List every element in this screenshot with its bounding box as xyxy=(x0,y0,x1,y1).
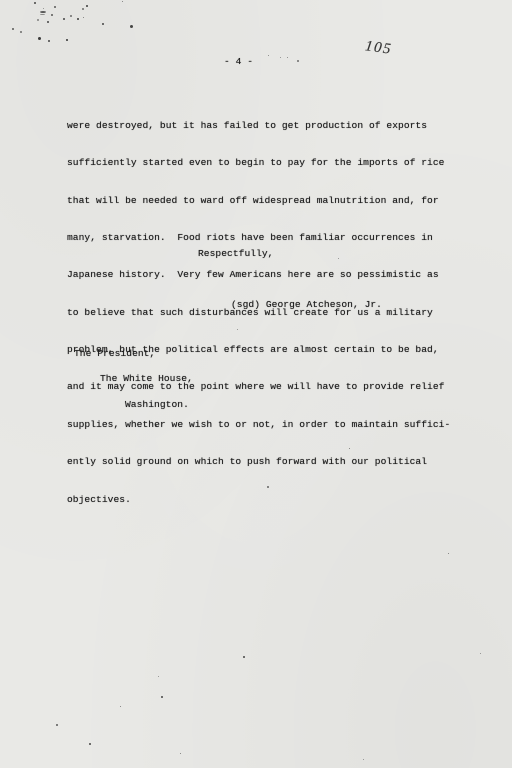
ink-speck xyxy=(338,258,339,259)
ink-speck xyxy=(363,759,364,760)
ink-speck xyxy=(89,743,91,745)
ink-speck xyxy=(268,55,269,56)
body-line: that will be needed to ward off widespre… xyxy=(67,195,459,207)
ink-speck xyxy=(243,656,245,658)
document-page: 105 - 4 - were destroyed, but it has fai… xyxy=(0,0,512,768)
body-line: sufficiently started even to begin to pa… xyxy=(67,157,459,169)
ink-speck xyxy=(66,39,68,41)
ink-speck xyxy=(43,8,44,9)
body-line: objectives. xyxy=(67,494,459,506)
ink-speck xyxy=(77,18,79,20)
ink-speck xyxy=(158,676,159,677)
ink-speck xyxy=(54,6,56,8)
ink-speck xyxy=(448,553,449,554)
ink-speck xyxy=(47,21,49,23)
ink-speck xyxy=(102,23,104,25)
archive-stamp-number: 105 xyxy=(364,38,393,59)
body-line: supplies, whether we wish to or not, in … xyxy=(67,419,459,431)
ink-speck xyxy=(82,8,84,10)
closing-salutation: Respectfully, xyxy=(198,248,274,260)
ink-speck xyxy=(63,18,65,20)
address-line-white-house: The White House, xyxy=(100,373,193,385)
ink-speck xyxy=(48,40,50,42)
ink-speck xyxy=(287,57,288,58)
body-line: were destroyed, but it has failed to get… xyxy=(67,120,459,132)
body-line: Japanese history. Very few Americans her… xyxy=(67,269,459,281)
ink-speck xyxy=(122,1,123,2)
ink-speck xyxy=(37,19,39,21)
ink-speck xyxy=(51,14,53,16)
ink-speck xyxy=(40,14,45,15)
ink-speck xyxy=(155,425,157,427)
ink-speck xyxy=(267,486,269,488)
ink-speck xyxy=(120,706,121,707)
ink-speck xyxy=(38,37,41,40)
ink-speck xyxy=(12,28,14,30)
letter-body: were destroyed, but it has failed to get… xyxy=(67,95,459,531)
ink-speck xyxy=(297,60,299,62)
ink-speck xyxy=(180,753,181,754)
page-number: - 4 - xyxy=(224,56,253,68)
ink-speck xyxy=(70,15,72,17)
signature-line: (sgd) George Atcheson, Jr. xyxy=(231,299,382,311)
body-line: ently solid ground on which to push forw… xyxy=(67,456,459,468)
ink-speck xyxy=(40,11,46,13)
ink-speck xyxy=(83,17,84,18)
body-line: many, starvation. Food riots have been f… xyxy=(67,232,459,244)
ink-speck xyxy=(280,57,281,58)
ink-speck xyxy=(161,696,163,698)
ink-speck xyxy=(480,653,481,654)
ink-speck xyxy=(20,31,22,33)
ink-speck xyxy=(86,5,88,7)
ink-speck xyxy=(349,448,350,449)
ink-speck xyxy=(130,25,133,28)
address-line-washington: Washington. xyxy=(125,399,189,411)
ink-speck xyxy=(237,329,238,330)
ink-speck xyxy=(56,724,58,726)
address-line-president: The President, xyxy=(74,348,155,360)
ink-speck xyxy=(34,2,36,4)
